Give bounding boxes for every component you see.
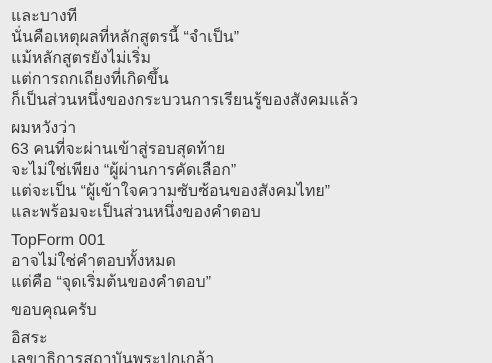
post-line: จะไม่ใช่เพียง “ผู้ผ่านการคัดเลือก” — [11, 160, 482, 181]
post-line: ก็เป็นส่วนหนึ่งของกระบวนการเรียนรู้ของสั… — [11, 90, 482, 111]
paragraph-course-necessity: และบางที นั่นคือเหตุผลที่หลักสูตรนี้ “จำ… — [11, 6, 482, 111]
post-line: และบางที — [11, 6, 482, 27]
post-text-body: และบางที นั่นคือเหตุผลที่หลักสูตรนี้ “จำ… — [0, 0, 492, 363]
post-line: ขอบคุณครับ — [11, 300, 482, 321]
signature-title: เลขาธิการสถาบันพระปกเกล้า — [11, 349, 482, 363]
post-line: ผมหวังว่า — [11, 118, 482, 139]
paragraph-topform-001: TopForm 001 อาจไม่ใช่คำตอบทั้งหมด แต่คือ… — [11, 230, 482, 293]
paragraph-signature: อิสระ เลขาธิการสถาบันพระปกเกล้า — [11, 328, 482, 363]
post-line: และพร้อมจะเป็นส่วนหนึ่งของคำตอบ — [11, 202, 482, 223]
post-line: แต่คือ “จุดเริ่มต้นของคำตอบ” — [11, 272, 482, 293]
paragraph-hope-for-finalists: ผมหวังว่า 63 คนที่จะผ่านเข้าสู่รอบสุดท้า… — [11, 118, 482, 223]
post-line: แต่จะเป็น “ผู้เข้าใจความซับซ้อนของสังคมไ… — [11, 181, 482, 202]
paragraph-thanks: ขอบคุณครับ — [11, 300, 482, 321]
post-line: TopForm 001 — [11, 230, 482, 251]
post-line: แม้หลักสูตรยังไม่เริ่ม — [11, 48, 482, 69]
post-line: 63 คนที่จะผ่านเข้าสู่รอบสุดท้าย — [11, 139, 482, 160]
signature-name: อิสระ — [11, 328, 482, 349]
post-line: นั่นคือเหตุผลที่หลักสูตรนี้ “จำเป็น” — [11, 27, 482, 48]
post-line: แต่การถกเถียงที่เกิดขึ้น — [11, 69, 482, 90]
post-line: อาจไม่ใช่คำตอบทั้งหมด — [11, 251, 482, 272]
